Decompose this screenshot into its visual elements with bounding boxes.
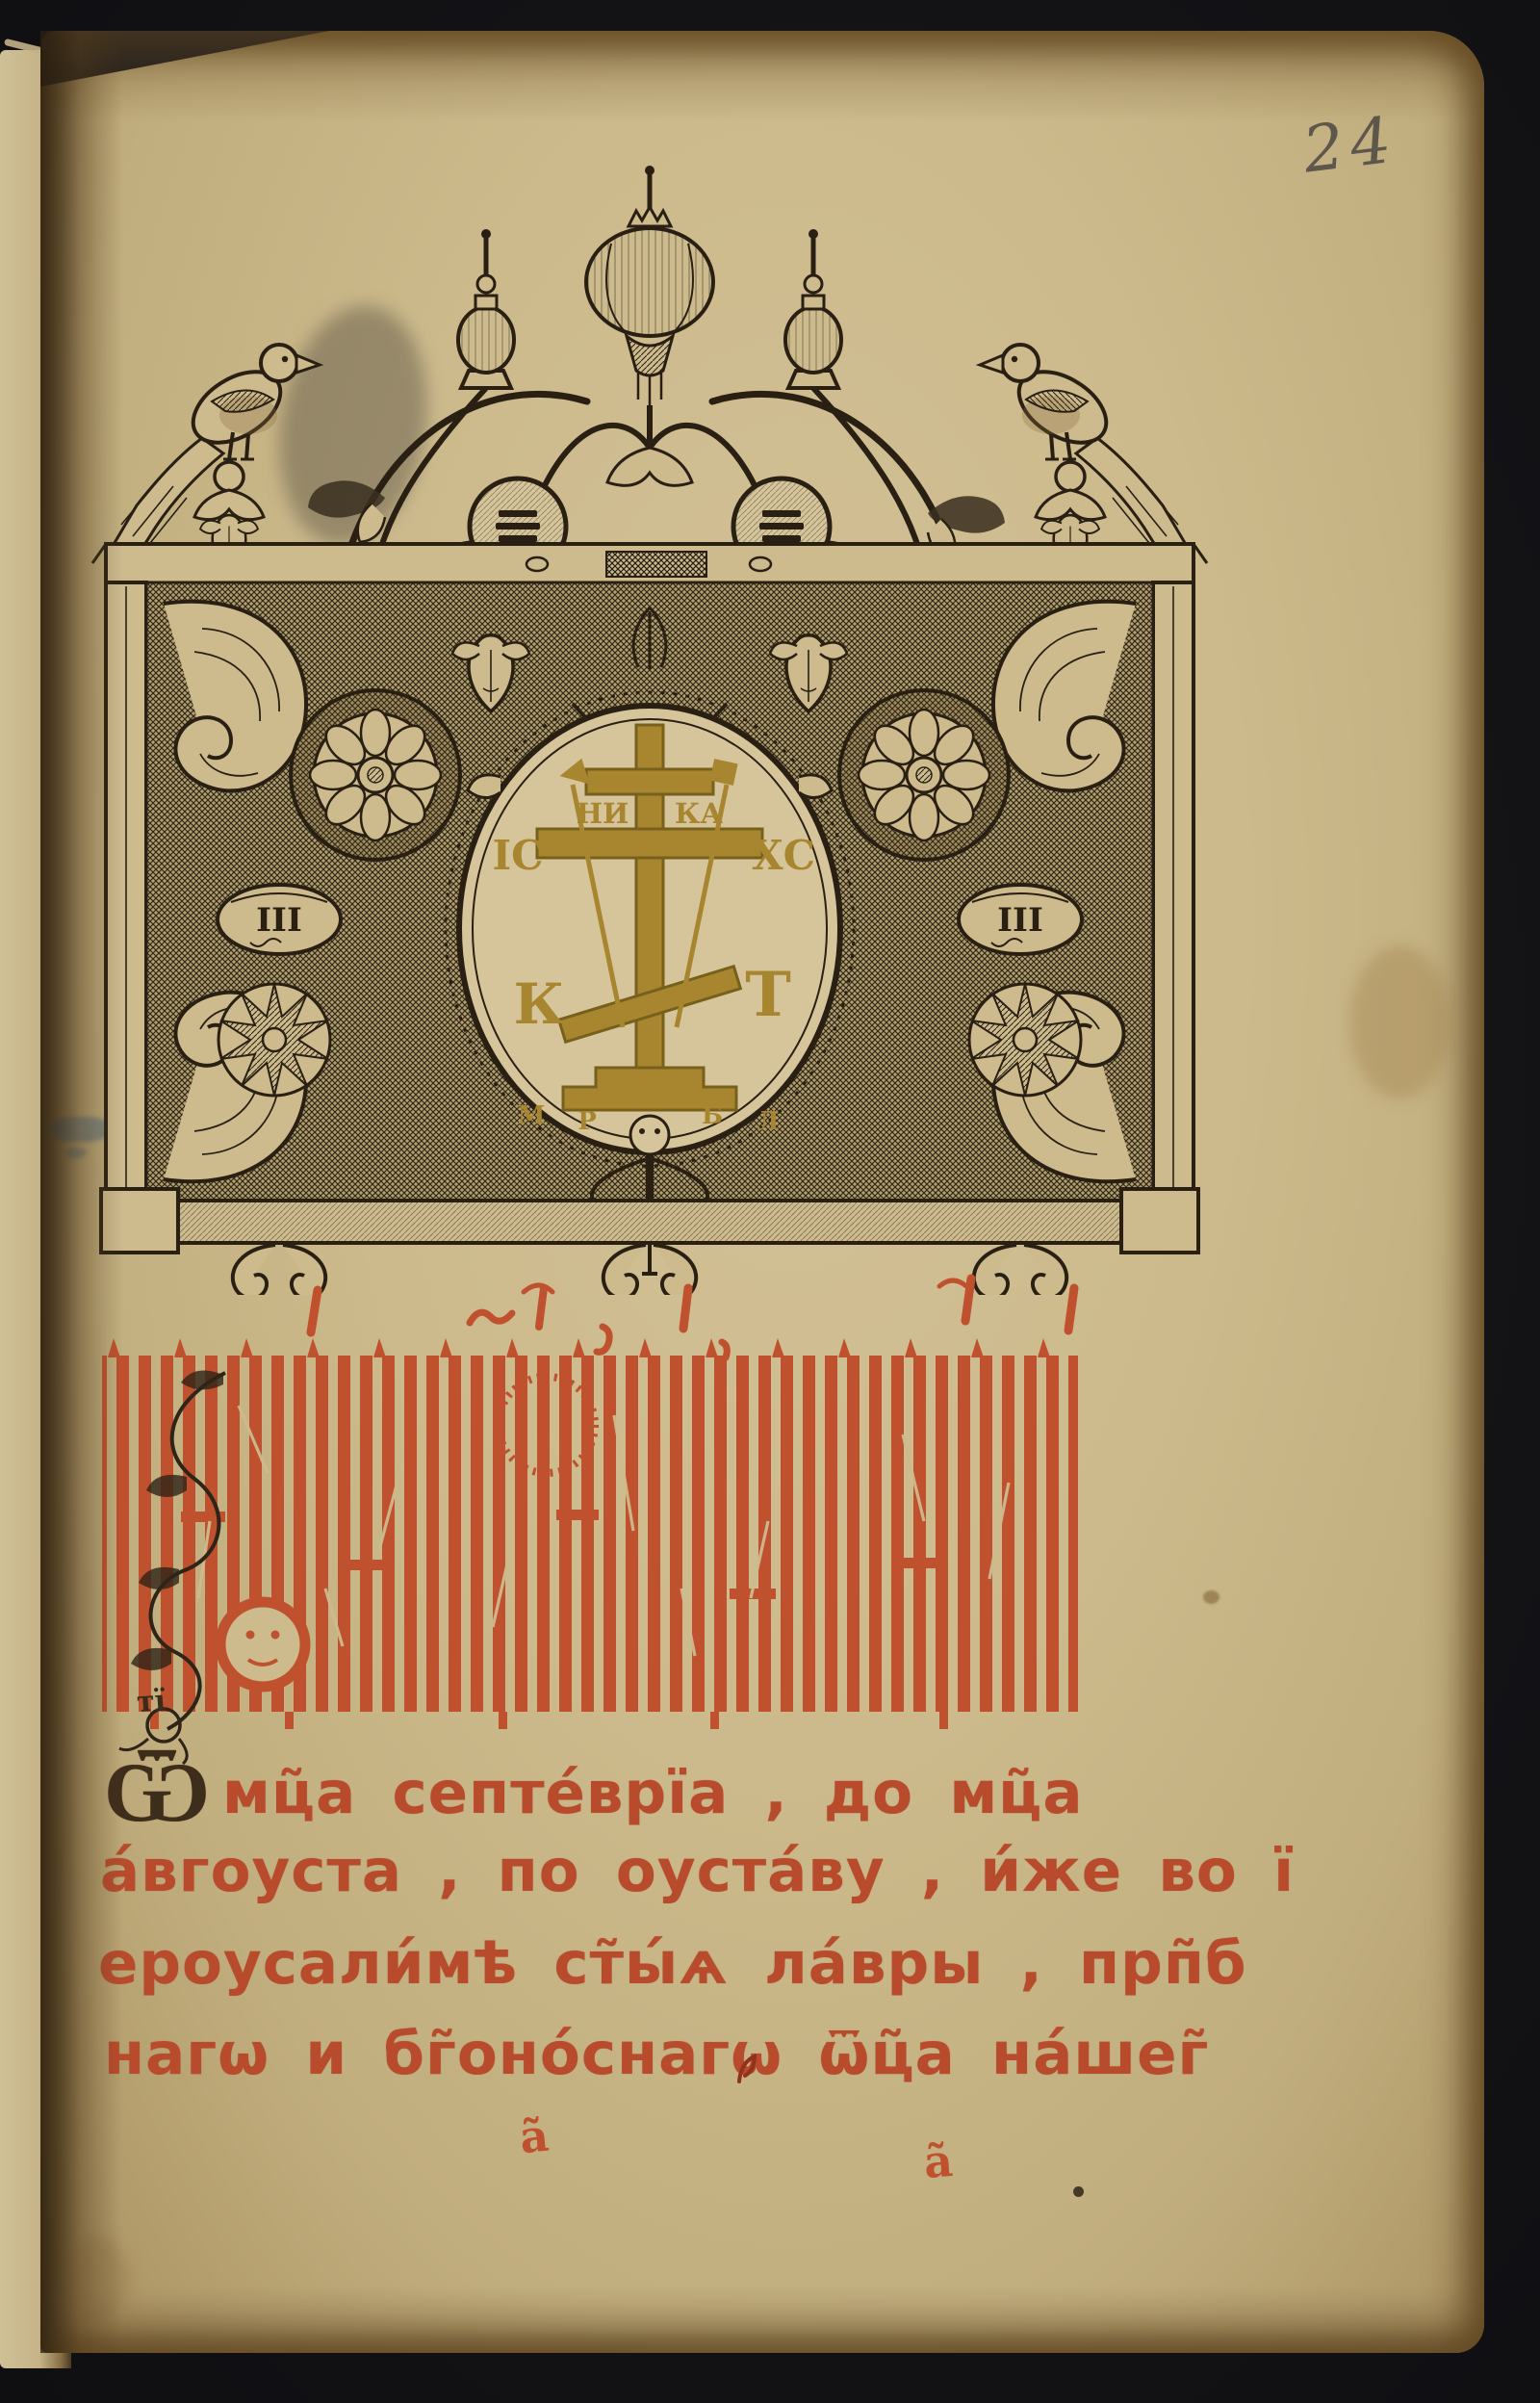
cross-letter-ni: НИ — [577, 797, 629, 830]
cross-letter-m: М — [518, 1101, 546, 1130]
urn-finial-left — [458, 229, 514, 388]
rosette-left — [291, 690, 460, 860]
cross-letter-xc: ХС — [752, 832, 815, 879]
cross-letter-l: Л — [757, 1107, 780, 1136]
iii-cartouche-right: III — [959, 885, 1082, 954]
text-line: ероусали́мѣ ст̃ы́ѧ ла́вры , прп̃б — [98, 1929, 1247, 1998]
cross-letter-ka: КА — [675, 797, 723, 830]
ink-speck — [1073, 2186, 1084, 2197]
margin-annotation: тї — [136, 1684, 167, 1719]
signature-mark: а̃ — [517, 2109, 551, 2164]
text-line: нагѡ и бг̃оно́снагѡ ѿц̃а на́шег̃ — [104, 2020, 1209, 2088]
rosette-right — [839, 690, 1009, 860]
cross-letter-ic: ІС — [492, 832, 543, 879]
line-text: нагѡ и бг̃оно́снагѡ ѿц̃а на́шег̃ — [104, 2020, 1209, 2088]
line-text: ероусали́мѣ ст̃ы́ѧ ла́вры , прп̃б — [98, 1929, 1247, 1998]
signature-mark: а̃ — [922, 2134, 955, 2188]
cross-letter-r: Р — [577, 1107, 597, 1136]
red-flourish-mark — [735, 2053, 760, 2085]
flower-lower-right — [969, 984, 1081, 1096]
iii-mark-right: III — [997, 901, 1043, 940]
manuscript-page: 24 — [40, 31, 1484, 2353]
gutter-shadow — [40, 31, 123, 2353]
top-edge-browning — [40, 31, 1484, 122]
text-line: Ѿмц̃а септе́врїа , до мц̃а — [104, 1741, 1084, 1842]
scroll-panel: III III — [146, 582, 1153, 1201]
bottom-edge-browning — [40, 2286, 1484, 2353]
urn-finial-right — [785, 229, 841, 388]
iii-cartouche-left: III — [218, 885, 341, 954]
page-number-annotation: 24 — [1299, 102, 1402, 187]
line-text: а́вгоуста , по оуста́ву , и́же во ї — [100, 1837, 1295, 1905]
vyaz-accents — [311, 1279, 1074, 1357]
flower-lower-left — [218, 984, 330, 1096]
crown-finial — [586, 166, 713, 485]
foxing-spot — [1203, 1590, 1219, 1604]
line-text: мц̃а септе́врїа , до мц̃а — [222, 1759, 1084, 1827]
cross-letter-k: К — [514, 971, 565, 1037]
cross-letter-t: Т — [745, 959, 791, 1031]
iii-mark-left: III — [256, 901, 302, 940]
cross-letter-b: Б — [702, 1101, 723, 1130]
stain-blotch — [1349, 945, 1450, 1099]
text-line: а́вгоуста , по оуста́ву , и́же во ї — [100, 1837, 1295, 1905]
skull-icon — [630, 1116, 669, 1154]
headpiece-engraving: III III — [87, 159, 1213, 1295]
photographed-book-scene: 24 — [0, 0, 1540, 2403]
